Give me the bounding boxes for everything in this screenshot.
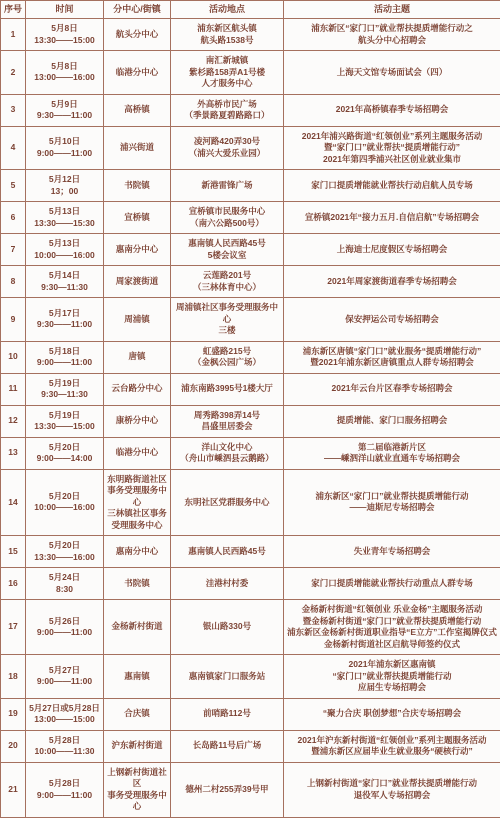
place-cell: 长岛路11号后广场 <box>171 730 284 762</box>
place-cell: 浦东南路3995号1楼大厅 <box>171 373 284 405</box>
table-row: 75月13日 10:00——16:00惠南分中心惠南镇人民西路45号 5楼会议室… <box>1 234 500 266</box>
center-cell: 惠南分中心 <box>104 234 171 266</box>
theme-cell: 2021年周家渡街道春季专场招聘会 <box>284 266 500 298</box>
row-number-cell: 16 <box>1 568 26 600</box>
table-row: 45月10日 9:00——11:00浦兴街道凌河路420弄30号 （浦兴大爱乐业… <box>1 126 500 170</box>
time-cell: 5月28日 10:00——11:30 <box>26 730 104 762</box>
time-cell: 5月17日 9:30——11:00 <box>26 298 104 342</box>
table-row: 205月28日 10:00——11:30沪东新村街道长岛路11号后广场2021年… <box>1 730 500 762</box>
table-row: 105月18日 9:00——11:00唐镇虹盛路215号 （金枫公园广场）浦东新… <box>1 341 500 373</box>
place-cell: 惠南镇家门口服务站 <box>171 655 284 699</box>
row-number-cell: 6 <box>1 202 26 234</box>
row-number-cell: 13 <box>1 437 26 469</box>
center-cell: 合庆镇 <box>104 698 171 730</box>
place-cell: 云莲路201号 （三林体育中心） <box>171 266 284 298</box>
row-number-cell: 19 <box>1 698 26 730</box>
time-cell: 5月19日 13:30——15:00 <box>26 405 104 437</box>
table-row: 95月17日 9:30——11:00周浦镇周浦镇社区事务受理服务中心 三楼保安押… <box>1 298 500 342</box>
time-cell: 5月28日 9:00——11:00 <box>26 762 104 817</box>
time-cell: 5月14日 9:30—11:30 <box>26 266 104 298</box>
place-cell: 前哨路112号 <box>171 698 284 730</box>
time-cell: 5月12日 13；00 <box>26 170 104 202</box>
place-cell: 惠南镇人民西路45号 <box>171 536 284 568</box>
time-cell: 5月13日 10:00——16:00 <box>26 234 104 266</box>
theme-cell: 第二届临港新片区 ——嵊泗洋山就业直通车专场招聘会 <box>284 437 500 469</box>
theme-cell: 家门口提质增能就业帮扶行动启航人员专场 <box>284 170 500 202</box>
row-number-cell: 20 <box>1 730 26 762</box>
time-cell: 5月24日 8:30 <box>26 568 104 600</box>
place-cell: 洼港村村委 <box>171 568 284 600</box>
theme-cell: 上钢新村街道“家门口”就业帮扶提质增能行动 退役军人专场招聘会 <box>284 762 500 817</box>
theme-cell: 2021年云台片区春季专场招聘会 <box>284 373 500 405</box>
place-cell: 南汇新城镇 紫杉路158弄A1号楼 人才服务中心 <box>171 51 284 95</box>
theme-cell: 2021年浦东新区惠南镇 “家门口”就业帮扶提质增能行动 应届生专场招聘会 <box>284 655 500 699</box>
events-table: 序号 时间 分中心/街镇 活动地点 活动主题 15月8日 13:30——15:0… <box>0 0 500 818</box>
header-cell-number: 序号 <box>1 1 26 19</box>
row-number-cell: 1 <box>1 19 26 51</box>
place-cell: 东明社区党群服务中心 <box>171 469 284 536</box>
time-cell: 5月27日 9:00——11:00 <box>26 655 104 699</box>
theme-cell: 2021年浦兴路街道“红领创业”系列主题服务活动 暨“家门口”就业帮扶“提质增能… <box>284 126 500 170</box>
theme-cell: 家门口提质增能就业帮扶行动重点人群专场 <box>284 568 500 600</box>
center-cell: 临港分中心 <box>104 437 171 469</box>
place-cell: 外高桥市民广场 （季景路夏碧路路口） <box>171 94 284 126</box>
center-cell: 云台路分中心 <box>104 373 171 405</box>
row-number-cell: 21 <box>1 762 26 817</box>
table-row: 155月20日 13:30——16:00惠南分中心惠南镇人民西路45号失业青年专… <box>1 536 500 568</box>
table-row: 85月14日 9:30—11:30周家渡街道云莲路201号 （三林体育中心）20… <box>1 266 500 298</box>
place-cell: 凌河路420弄30号 （浦兴大爱乐业园） <box>171 126 284 170</box>
theme-cell: “聚力合庆 职创梦想”合庆专场招聘会 <box>284 698 500 730</box>
table-row: 35月9日 9:30——11:00高桥镇外高桥市民广场 （季景路夏碧路路口）20… <box>1 94 500 126</box>
table-row: 55月12日 13；00书院镇新港雷锋广场家门口提质增能就业帮扶行动启航人员专场 <box>1 170 500 202</box>
center-cell: 唐镇 <box>104 341 171 373</box>
time-cell: 5月27日或5月28日 13:00——15:00 <box>26 698 104 730</box>
row-number-cell: 17 <box>1 600 26 655</box>
center-cell: 康桥分中心 <box>104 405 171 437</box>
table-row: 175月26日 9:00——11:00金杨新村街道银山路330号金杨新村街道“红… <box>1 600 500 655</box>
table-row: 25月8日 13:00——16:00临港分中心南汇新城镇 紫杉路158弄A1号楼… <box>1 51 500 95</box>
row-number-cell: 18 <box>1 655 26 699</box>
table-row: 135月20日 9:00——14:00临港分中心洋山文化中心 （舟山市嵊泗县云鹅… <box>1 437 500 469</box>
center-cell: 惠南分中心 <box>104 536 171 568</box>
row-number-cell: 7 <box>1 234 26 266</box>
header-cell-theme: 活动主题 <box>284 1 500 19</box>
theme-cell: 上海迪士尼度假区专场招聘会 <box>284 234 500 266</box>
center-cell: 高桥镇 <box>104 94 171 126</box>
place-cell: 周浦镇社区事务受理服务中心 三楼 <box>171 298 284 342</box>
row-number-cell: 11 <box>1 373 26 405</box>
table-row: 125月19日 13:30——15:00康桥分中心周秀路398弄14号 昌盛里居… <box>1 405 500 437</box>
row-number-cell: 2 <box>1 51 26 95</box>
table-row: 215月28日 9:00——11:00上钢新村街道社区 事务受理服务中心德州二村… <box>1 762 500 817</box>
theme-cell: 提质增能、家门口服务招聘会 <box>284 405 500 437</box>
place-cell: 周秀路398弄14号 昌盛里居委会 <box>171 405 284 437</box>
header-cell-center: 分中心/街镇 <box>104 1 171 19</box>
table-row: 185月27日 9:00——11:00惠南镇惠南镇家门口服务站2021年浦东新区… <box>1 655 500 699</box>
row-number-cell: 14 <box>1 469 26 536</box>
time-cell: 5月20日 13:30——16:00 <box>26 536 104 568</box>
center-cell: 周家渡街道 <box>104 266 171 298</box>
header-cell-time: 时间 <box>26 1 104 19</box>
theme-cell: 失业青年专场招聘会 <box>284 536 500 568</box>
theme-cell: 金杨新村街道“红领创业 乐业金杨”主题服务活动 暨金杨新村街道“家门口”就业帮扶… <box>284 600 500 655</box>
place-cell: 银山路330号 <box>171 600 284 655</box>
row-number-cell: 4 <box>1 126 26 170</box>
center-cell: 沪东新村街道 <box>104 730 171 762</box>
table-row: 115月19日 9:30—11:30云台路分中心浦东南路3995号1楼大厅202… <box>1 373 500 405</box>
row-number-cell: 12 <box>1 405 26 437</box>
row-number-cell: 10 <box>1 341 26 373</box>
center-cell: 周浦镇 <box>104 298 171 342</box>
time-cell: 5月10日 9:00——11:00 <box>26 126 104 170</box>
place-cell: 虹盛路215号 （金枫公园广场） <box>171 341 284 373</box>
theme-cell: 上海天文馆专场面试会（四） <box>284 51 500 95</box>
row-number-cell: 5 <box>1 170 26 202</box>
center-cell: 航头分中心 <box>104 19 171 51</box>
table-row: 165月24日 8:30书院镇洼港村村委家门口提质增能就业帮扶行动重点人群专场 <box>1 568 500 600</box>
theme-cell: 2021年高桥镇春季专场招聘会 <box>284 94 500 126</box>
time-cell: 5月8日 13:00——16:00 <box>26 51 104 95</box>
time-cell: 5月8日 13:30——15:00 <box>26 19 104 51</box>
row-number-cell: 15 <box>1 536 26 568</box>
center-cell: 书院镇 <box>104 568 171 600</box>
center-cell: 宣桥镇 <box>104 202 171 234</box>
place-cell: 惠南镇人民西路45号 5楼会议室 <box>171 234 284 266</box>
time-cell: 5月20日 10:00——16:00 <box>26 469 104 536</box>
center-cell: 上钢新村街道社区 事务受理服务中心 <box>104 762 171 817</box>
place-cell: 新港雷锋广场 <box>171 170 284 202</box>
time-cell: 5月13日 13:30——15:30 <box>26 202 104 234</box>
theme-cell: 浦东新区唐镇“家门口”就业服务“提质增能行动” 暨2021年浦东新区唐镇重点人群… <box>284 341 500 373</box>
header-cell-place: 活动地点 <box>171 1 284 19</box>
center-cell: 浦兴街道 <box>104 126 171 170</box>
table-body: 15月8日 13:30——15:00航头分中心浦东新区航头镇 航头路1538号浦… <box>1 19 500 818</box>
table-row: 15月8日 13:30——15:00航头分中心浦东新区航头镇 航头路1538号浦… <box>1 19 500 51</box>
row-number-cell: 8 <box>1 266 26 298</box>
table-row: 65月13日 13:30——15:30宣桥镇宣桥镇市民服务中心 （南六公路500… <box>1 202 500 234</box>
table-row: 195月27日或5月28日 13:00——15:00合庆镇前哨路112号“聚力合… <box>1 698 500 730</box>
time-cell: 5月19日 9:30—11:30 <box>26 373 104 405</box>
theme-cell: 保安押运公司专场招聘会 <box>284 298 500 342</box>
row-number-cell: 9 <box>1 298 26 342</box>
center-cell: 临港分中心 <box>104 51 171 95</box>
center-cell: 金杨新村街道 <box>104 600 171 655</box>
theme-cell: 宣桥镇2021年“接力五月.自信启航”专场招聘会 <box>284 202 500 234</box>
time-cell: 5月20日 9:00——14:00 <box>26 437 104 469</box>
place-cell: 浦东新区航头镇 航头路1538号 <box>171 19 284 51</box>
table-row: 145月20日 10:00——16:00东明路街道社区事务受理服务中心 三林镇社… <box>1 469 500 536</box>
time-cell: 5月26日 9:00——11:00 <box>26 600 104 655</box>
time-cell: 5月9日 9:30——11:00 <box>26 94 104 126</box>
theme-cell: 2021年沪东新村街道“红领创业”系列主题服务活动 暨浦东新区应届毕业生就业服务… <box>284 730 500 762</box>
theme-cell: 浦东新区“家门口”就业帮扶提质增能行动 ——迪斯尼专场招聘会 <box>284 469 500 536</box>
theme-cell: 浦东新区“家门口”就业帮扶提质增能行动之 航头分中心招聘会 <box>284 19 500 51</box>
center-cell: 书院镇 <box>104 170 171 202</box>
row-number-cell: 3 <box>1 94 26 126</box>
center-cell: 东明路街道社区事务受理服务中心 三林镇社区事务受理服务中心 <box>104 469 171 536</box>
place-cell: 德州二村255弄39号甲 <box>171 762 284 817</box>
place-cell: 洋山文化中心 （舟山市嵊泗县云鹅路） <box>171 437 284 469</box>
time-cell: 5月18日 9:00——11:00 <box>26 341 104 373</box>
header-row: 序号 时间 分中心/街镇 活动地点 活动主题 <box>1 1 500 19</box>
center-cell: 惠南镇 <box>104 655 171 699</box>
table-header: 序号 时间 分中心/街镇 活动地点 活动主题 <box>1 1 500 19</box>
place-cell: 宣桥镇市民服务中心 （南六公路500号） <box>171 202 284 234</box>
